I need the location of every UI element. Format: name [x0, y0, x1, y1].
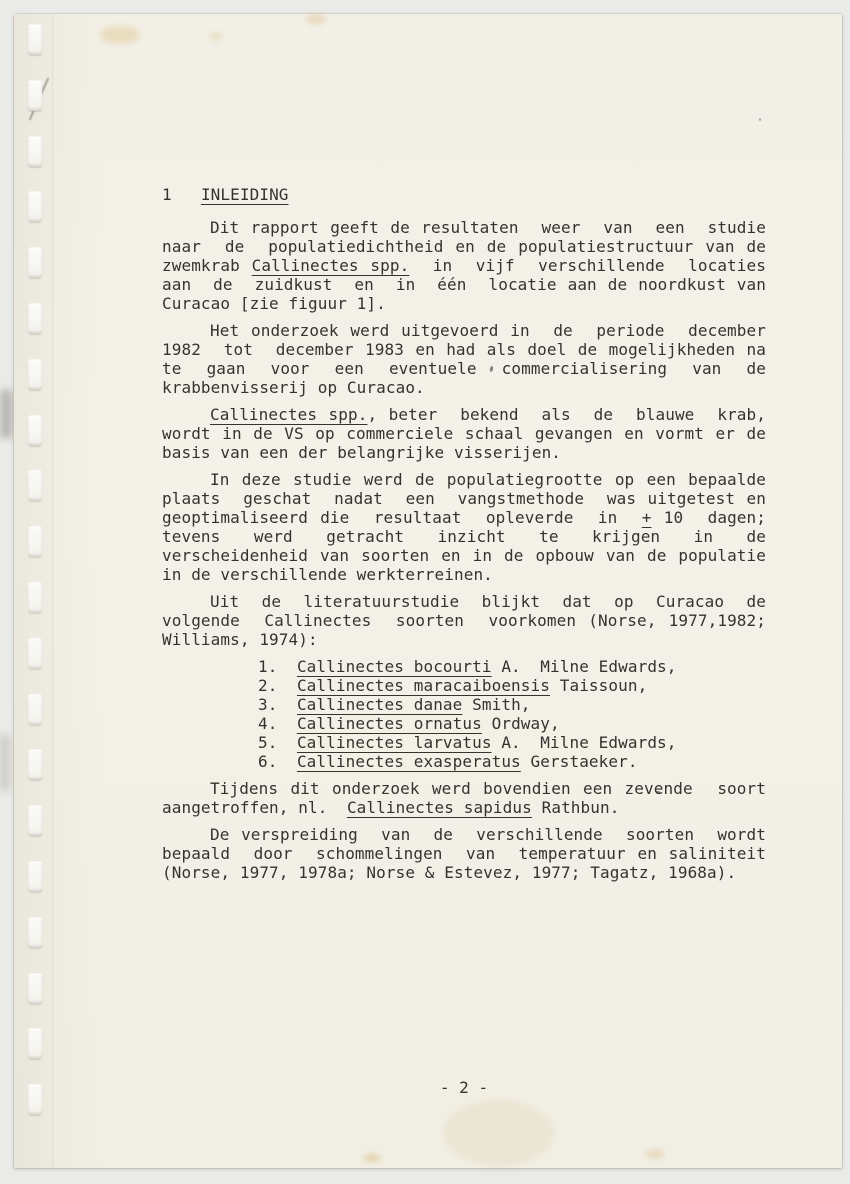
text-line: Callinectes spp., beter bekend als de bl… — [162, 405, 766, 424]
text-line: tevens werd getracht inzicht te krijgen … — [162, 527, 766, 546]
text-line: 1982 tot december 1983 en had als doel d… — [162, 340, 766, 359]
binding-hole — [28, 360, 42, 390]
document-page: 1 INLEIDINGDit rapport geeft de resultat… — [14, 14, 842, 1168]
binding-hole — [28, 471, 42, 501]
text-line: Curacao [zie figuur 1]. — [162, 294, 766, 313]
paragraph: Tijdens dit onderzoek werd bovendien een… — [162, 779, 766, 817]
scanner-smudge — [0, 735, 10, 790]
binding-holes — [14, 14, 74, 1168]
binding-hole — [28, 81, 42, 111]
text-line: 3. Callinectes danae Smith, — [162, 695, 766, 714]
text-line: in de verschillende werkterreinen. — [162, 565, 766, 584]
paragraph: Uit de literatuurstudie blijkt dat op Cu… — [162, 592, 766, 649]
text-line: 4. Callinectes ornatus Ordway, — [162, 714, 766, 733]
scanner-smudge — [0, 390, 13, 438]
binding-hole — [28, 25, 42, 55]
text-line: naar de populatiedichtheid en de populat… — [162, 237, 766, 256]
paper-stain — [444, 1100, 554, 1166]
underlined-text: Callinectes exasperatus — [297, 752, 521, 771]
text-line: Het onderzoek werd uitgevoerd in de peri… — [162, 321, 766, 340]
underlined-text: Callinectes larvatus — [297, 733, 492, 752]
binding-hole — [28, 248, 42, 278]
text-line: Tijdens dit onderzoek werd bovendien een… — [162, 779, 766, 798]
binding-hole — [28, 918, 42, 948]
text-line: te gaan voor een eventuele commercialise… — [162, 359, 766, 378]
binding-hole — [28, 806, 42, 836]
binding-hole — [28, 1085, 42, 1115]
paragraph: Het onderzoek werd uitgevoerd in de peri… — [162, 321, 766, 397]
binding-hole — [28, 862, 42, 892]
underlined-text: Callinectes danae — [297, 695, 462, 714]
text-line: 5. Callinectes larvatus A. Milne Edwards… — [162, 733, 766, 752]
paper-stain — [100, 26, 140, 44]
text-line: 2. Callinectes maracaiboensis Taissoun, — [162, 676, 766, 695]
binding-hole — [28, 1029, 42, 1059]
binding-hole — [28, 527, 42, 557]
underlined-text: + — [642, 508, 652, 527]
section-heading: 1 INLEIDING — [162, 185, 766, 204]
paper-stain — [646, 1150, 664, 1158]
underlined-text: Callinectes bocourti — [297, 657, 492, 676]
binding-hole — [28, 583, 42, 613]
paragraph: Dit rapport geeft de resultaten weer van… — [162, 218, 766, 313]
text-line: verscheidenheid van soorten en in de opb… — [162, 546, 766, 565]
text-line: aan de zuidkust en in één locatie aan de… — [162, 275, 766, 294]
paragraph: Callinectes spp., beter bekend als de bl… — [162, 405, 766, 462]
binding-hole — [28, 137, 42, 167]
text-line: Dit rapport geeft de resultaten weer van… — [162, 218, 766, 237]
text-line: Williams, 1974): — [162, 630, 766, 649]
binding-hole — [28, 750, 42, 780]
text-line: basis van een der belangrijke visserijen… — [162, 443, 766, 462]
text-line: Uit de literatuurstudie blijkt dat op Cu… — [162, 592, 766, 611]
text-line: volgende Callinectes soorten voorkomen (… — [162, 611, 766, 630]
text-line: (Norse, 1977, 1978a; Norse & Estevez, 19… — [162, 863, 766, 882]
text-line: geoptimaliseerd die resultaat opleverde … — [162, 508, 766, 527]
underlined-text: Callinectes spp. — [210, 405, 367, 424]
paper-stain — [210, 32, 222, 41]
text-line: plaats geschat nadat een vangstmethode w… — [162, 489, 766, 508]
binding-hole — [28, 416, 42, 446]
underlined-text: Callinectes spp. — [252, 256, 410, 275]
paragraph: In deze studie werd de populatiegrootte … — [162, 470, 766, 584]
text-line: aangetroffen, nl. Callinectes sapidus Ra… — [162, 798, 766, 817]
species-list: 1. Callinectes bocourti A. Milne Edwards… — [162, 657, 766, 771]
paragraph: De verspreiding van de verschillende soo… — [162, 825, 766, 882]
paper-stain — [364, 1154, 380, 1162]
text-line: 6. Callinectes exasperatus Gerstaeker. — [162, 752, 766, 771]
binding-hole — [28, 192, 42, 222]
underlined-text: Callinectes sapidus — [347, 798, 532, 817]
text-line: 1. Callinectes bocourti A. Milne Edwards… — [162, 657, 766, 676]
page-number: - 2 - — [162, 1078, 766, 1097]
underlined-text: INLEIDING — [201, 185, 289, 204]
binding-hole — [28, 695, 42, 725]
document-content: 1 INLEIDINGDit rapport geeft de resultat… — [162, 185, 766, 882]
text-line: De verspreiding van de verschillende soo… — [162, 825, 766, 844]
text-line: wordt in de VS op commerciele schaal gev… — [162, 424, 766, 443]
text-line: zwemkrab Callinectes spp. in vijf versch… — [162, 256, 766, 275]
ink-speck — [759, 118, 761, 121]
underlined-text: Callinectes maracaiboensis — [297, 676, 550, 695]
underlined-text: Callinectes ornatus — [297, 714, 482, 733]
binding-hole — [28, 974, 42, 1004]
text-line: 1 INLEIDING — [162, 185, 766, 204]
paper-stain — [306, 14, 326, 24]
text-line: bepaald door schommelingen van temperatu… — [162, 844, 766, 863]
binding-hole — [28, 304, 42, 334]
scan-background: 1 INLEIDINGDit rapport geeft de resultat… — [0, 0, 850, 1184]
text-line: krabbenvisserij op Curacao. — [162, 378, 766, 397]
text-line: In deze studie werd de populatiegrootte … — [162, 470, 766, 489]
binding-hole — [28, 639, 42, 669]
